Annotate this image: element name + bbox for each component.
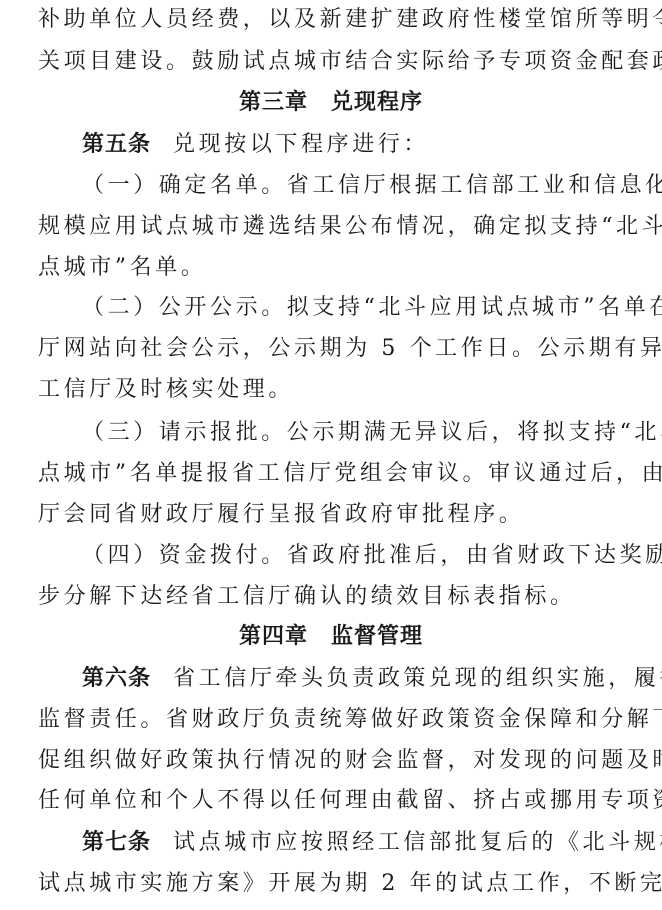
paragraph-line: 关项目建设。鼓励试点城市结合实际给予专项资金配套政策支持。 — [38, 42, 624, 82]
paragraph-line: 厅网站向社会公示，公示期为 5 个工作日。公示期有异议的，省 — [38, 329, 624, 369]
article-text: 兑现按以下程序进行： — [173, 132, 429, 157]
article-5: 第五条兑现按以下程序进行： — [82, 125, 624, 165]
paragraph-line: 工信厅及时核实处理。 — [38, 370, 624, 410]
paragraph-line: （三）请示报批。公示期满无异议后，将拟支持“北斗应用试 — [82, 413, 624, 453]
article-label: 第五条 — [82, 132, 151, 157]
article-text: 省工信厅牵头负责政策兑现的组织实施，履行财会 — [173, 666, 662, 691]
paragraph-line: （一）确定名单。省工信厅根据工信部工业和信息化领域北斗 — [82, 166, 624, 206]
article-6: 第六条省工信厅牵头负责政策兑现的组织实施，履行财会 — [82, 659, 624, 699]
article-text: 试点城市应按照经工信部批复后的《北斗规模应用 — [173, 830, 662, 855]
paragraph-line: 任何单位和个人不得以任何理由截留、挤占或挪用专项资金。 — [38, 781, 624, 821]
paragraph-line: （二）公开公示。拟支持“北斗应用试点城市”名单在省工信 — [82, 288, 624, 328]
paragraph-line: 补助单位人员经费，以及新建扩建政府性楼堂馆所等明令禁止相 — [38, 0, 624, 40]
article-label: 第六条 — [82, 666, 151, 691]
paragraph-line: 规模应用试点城市遴选结果公布情况，确定拟支持“北斗应用试 — [38, 207, 624, 247]
paragraph-line: 点城市”名单提报省工信厅党组会审议。审议通过后，由省工信 — [38, 454, 624, 494]
chapter-heading-3: 第三章 兑现程序 — [38, 83, 624, 123]
paragraph-line: 点城市”名单。 — [38, 248, 624, 288]
article-7: 第七条试点城市应按照经工信部批复后的《北斗规模应用 — [82, 823, 624, 863]
chapter-heading-4: 第四章 监督管理 — [38, 617, 624, 657]
paragraph-line: 监督责任。省财政厅负责统筹做好政策资金保障和分解下达，督 — [38, 700, 624, 740]
paragraph-line: （四）资金拨付。省政府批准后，由省财政下达奖励资金，同 — [82, 536, 624, 576]
paragraph-line: 试点城市实施方案》开展为期 2 年的试点工作，不断完善工作机 — [38, 864, 624, 904]
paragraph-line: 步分解下达经省工信厅确认的绩效目标表指标。 — [38, 577, 624, 617]
article-label: 第七条 — [82, 830, 151, 855]
paragraph-line: 促组织做好政策执行情况的财会监督，对发现的问题及时纠偏。 — [38, 741, 624, 781]
paragraph-line: 厅会同省财政厅履行呈报省政府审批程序。 — [38, 495, 624, 535]
